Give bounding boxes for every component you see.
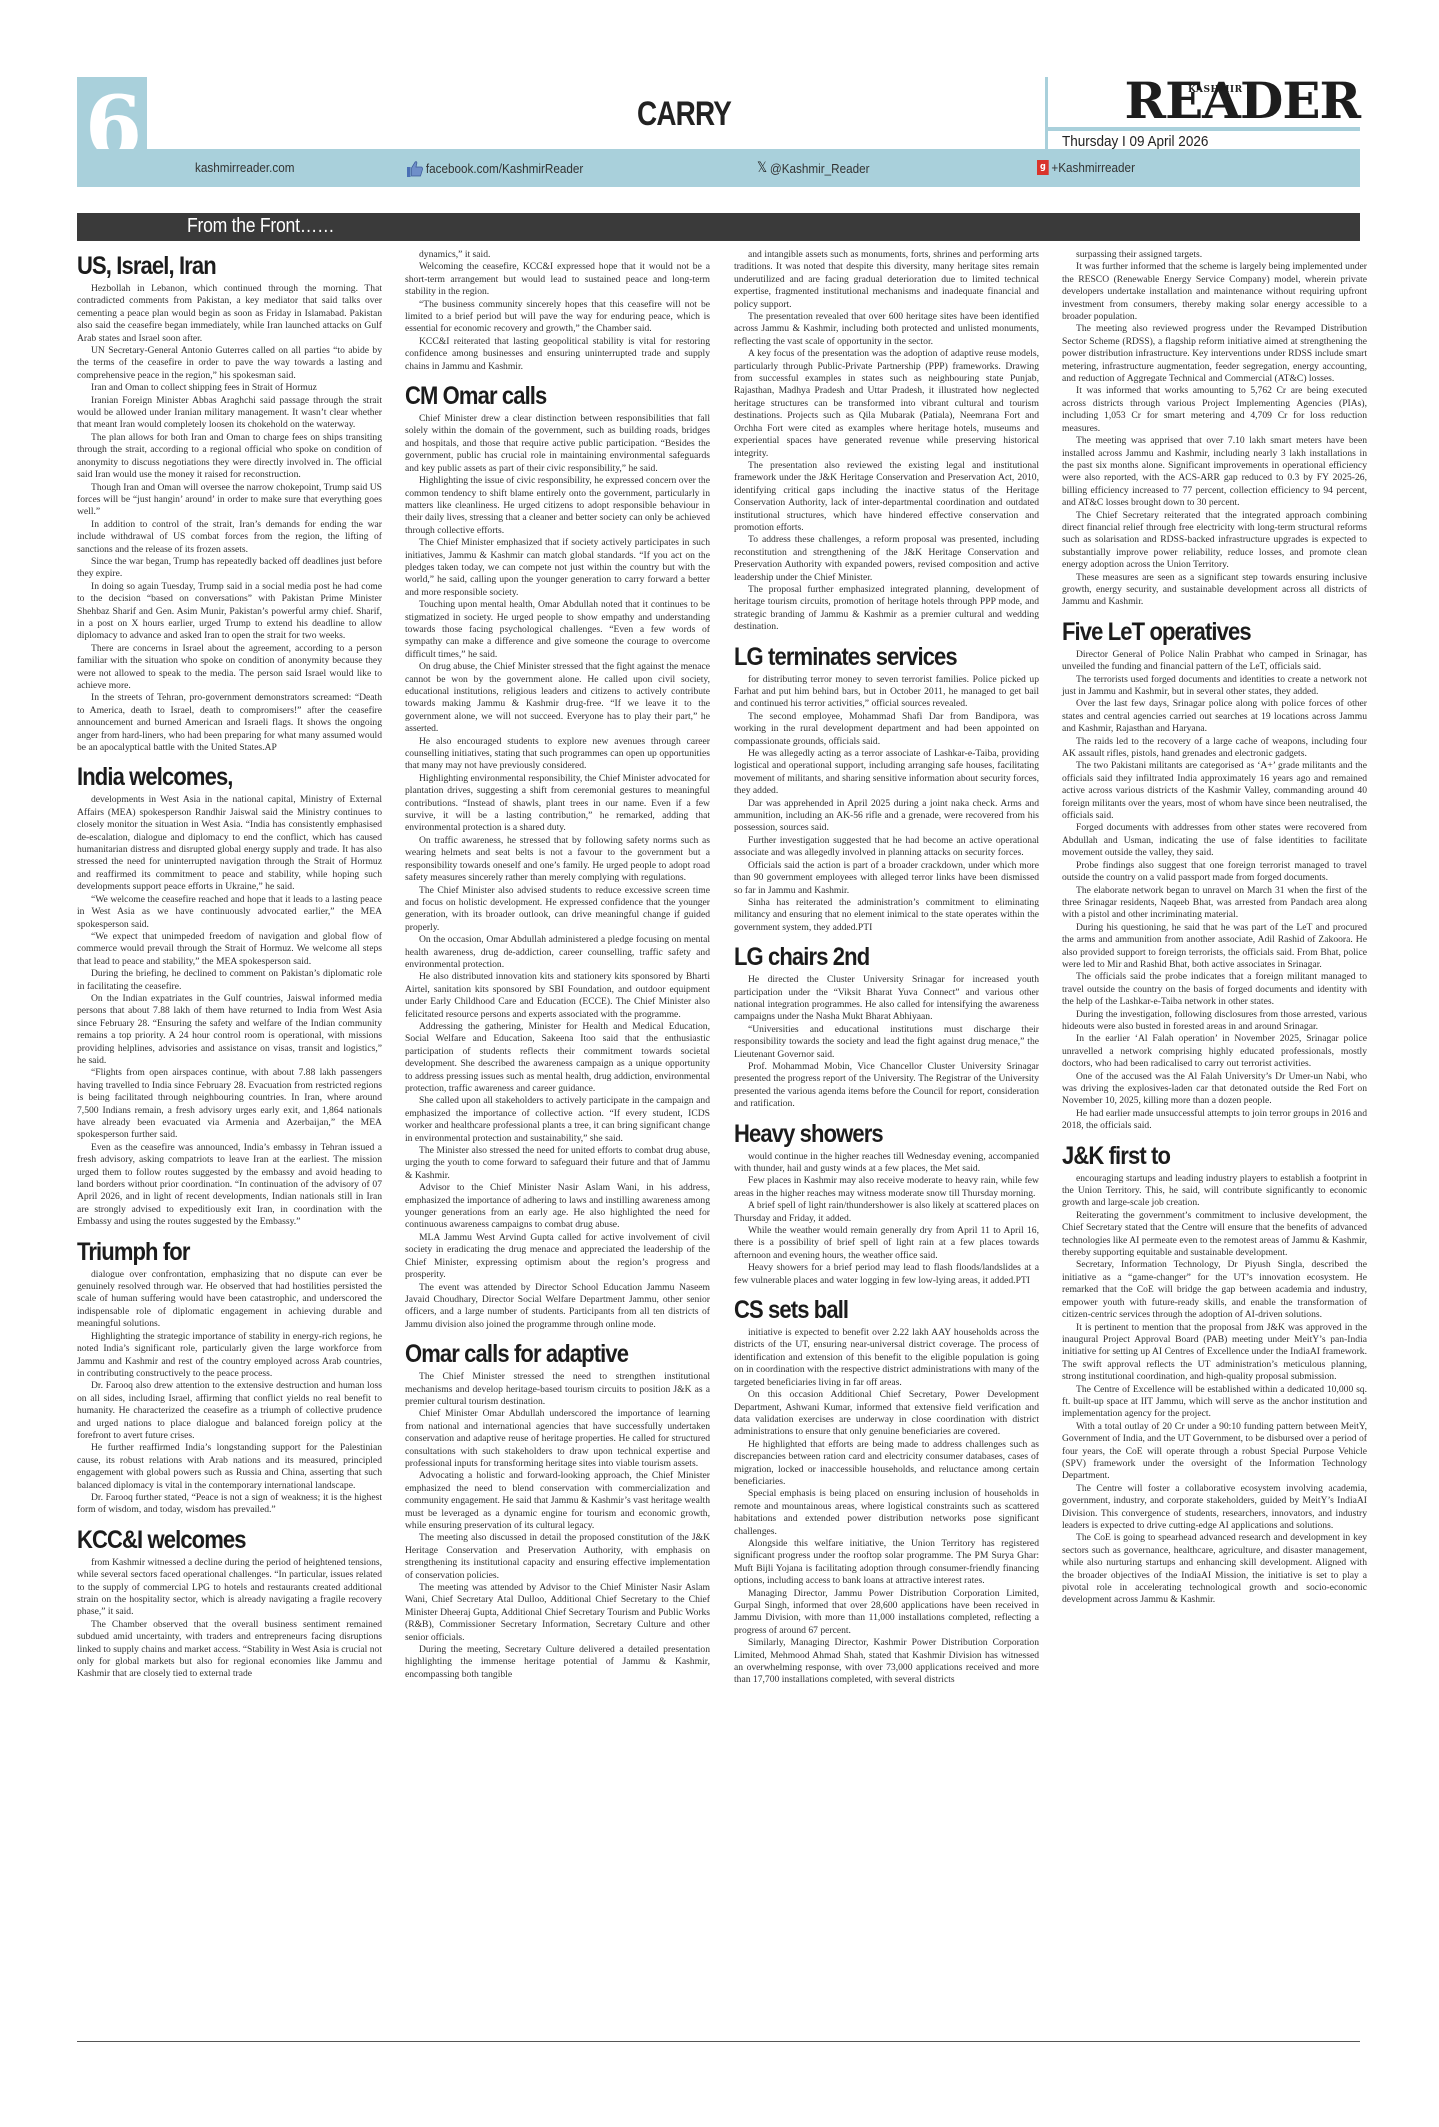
column-2: dynamics,” it said.Welcoming the ceasefi… <box>405 249 710 1681</box>
x-logo-icon: 𝕏 <box>757 160 767 176</box>
story-gap <box>77 1229 382 1235</box>
news-story: CM Omar callsChief Minister drew a clear… <box>405 373 710 1331</box>
facebook-link[interactable]: facebook.com/KashmirReader <box>407 160 583 177</box>
story-paragraph: The Chief Minister stressed the need to … <box>405 1371 710 1408</box>
story-paragraph: Since the war began, Trump has repeatedl… <box>77 556 382 581</box>
story-gap <box>77 754 382 760</box>
story-gap <box>734 934 1039 940</box>
facebook-label: facebook.com/KashmirReader <box>426 161 583 176</box>
story-paragraph: Forged documents with addresses from oth… <box>1062 822 1367 859</box>
story-headline[interactable]: KCC&I welcomes <box>77 1525 345 1555</box>
story-gap <box>1062 1133 1367 1139</box>
news-story: Omar calls for adaptiveThe Chief Ministe… <box>405 1331 710 1681</box>
story-paragraph: During the meeting, Secretary Culture de… <box>405 1644 710 1681</box>
column-3: and intangible assets such as monuments,… <box>734 249 1039 1687</box>
issue-date: Thursday I 09 April 2026 <box>1062 133 1208 150</box>
story-paragraph: Hezbollah in Lebanon, which continued th… <box>77 283 382 345</box>
story-gap <box>734 634 1039 640</box>
story-paragraph: He also distributed innovation kits and … <box>405 971 710 1021</box>
story-paragraph: encouraging startups and leading industr… <box>1062 1173 1367 1210</box>
story-paragraph: One of the accused was the Al Falah Univ… <box>1062 1071 1367 1108</box>
story-headline[interactable]: Triumph for <box>77 1237 345 1267</box>
story-headline[interactable]: CM Omar calls <box>405 381 673 411</box>
story-paragraph: “We welcome the ceasefire reached and ho… <box>77 894 382 931</box>
story-paragraph: from Kashmir witnessed a decline during … <box>77 1557 382 1619</box>
story-paragraph: The meeting was attended by Advisor to t… <box>405 1582 710 1644</box>
story-paragraph: It was informed that works amounting to … <box>1062 385 1367 435</box>
story-paragraph: On the Indian expatriates in the Gulf co… <box>77 993 382 1067</box>
story-paragraph: Prof. Mohammad Mobin, Vice Chancellor Cl… <box>734 1061 1039 1111</box>
story-paragraph: The meeting was apprised that over 7.10 … <box>1062 435 1367 509</box>
story-paragraph: A brief spell of light rain/thundershowe… <box>734 1200 1039 1225</box>
story-paragraph: On the occasion, Omar Abdullah administe… <box>405 934 710 971</box>
story-paragraph: He further reaffirmed India’s longstandi… <box>77 1442 382 1492</box>
story-paragraph: initiative is expected to benefit over 2… <box>734 1327 1039 1389</box>
story-paragraph: During the investigation, following disc… <box>1062 1009 1367 1034</box>
story-paragraph: Managing Director, Jammu Power Distribut… <box>734 1588 1039 1638</box>
story-paragraph: The presentation also reviewed the exist… <box>734 460 1039 534</box>
story-paragraph: KCC&I reiterated that lasting geopolitic… <box>405 336 710 373</box>
story-paragraph: Highlighting environmental responsibilit… <box>405 773 710 835</box>
story-paragraph: It was further informed that the scheme … <box>1062 261 1367 323</box>
story-paragraph: Director General of Police Nalin Prabhat… <box>1062 649 1367 674</box>
story-paragraph: The second employee, Mohammad Shafi Dar … <box>734 711 1039 748</box>
story-headline[interactable]: LG chairs 2nd <box>734 942 1002 972</box>
logo-kashmir-text: KASHMIR <box>1188 85 1243 95</box>
section-band: From the Front…… <box>77 213 1360 241</box>
story-paragraph: developments in West Asia in the nationa… <box>77 794 382 893</box>
story-paragraph: Welcoming the ceasefire, KCC&I expressed… <box>405 261 710 298</box>
story-paragraph: The Chamber observed that the overall bu… <box>77 1619 382 1681</box>
story-paragraph: The meeting also discussed in detail the… <box>405 1532 710 1582</box>
story-headline[interactable]: Heavy showers <box>734 1119 1002 1149</box>
story-paragraph: “The business community sincerely hopes … <box>405 299 710 336</box>
website-label: kashmirreader.com <box>195 160 294 175</box>
section-title: CARRY <box>637 95 731 134</box>
twitter-link[interactable]: 𝕏 @Kashmir_Reader <box>757 160 870 176</box>
story-headline[interactable]: India welcomes, <box>77 762 345 792</box>
story-paragraph: The terrorists used forged documents and… <box>1062 674 1367 699</box>
story-paragraph: and intangible assets such as monuments,… <box>734 249 1039 311</box>
logo-divider <box>1045 77 1048 149</box>
story-paragraph: The elaborate network began to unravel o… <box>1062 885 1367 922</box>
story-paragraph: These measures are seen as a significant… <box>1062 572 1367 609</box>
story-paragraph: Dr. Farooq further stated, “Peace is not… <box>77 1492 382 1517</box>
story-paragraph: Over the last few days, Srinagar police … <box>1062 698 1367 735</box>
story-paragraph: Advocating a holistic and forward-lookin… <box>405 1470 710 1532</box>
story-paragraph: The Centre of Excellence will be establi… <box>1062 1384 1367 1421</box>
news-story: and intangible assets such as monuments,… <box>734 249 1039 634</box>
story-paragraph: Alongside this welfare initiative, the U… <box>734 1538 1039 1588</box>
story-paragraph: Advisor to the Chief Minister Nasir Asla… <box>405 1182 710 1232</box>
story-paragraph: Officials said the action is part of a b… <box>734 860 1039 897</box>
bottom-rule <box>77 2041 1360 2042</box>
story-paragraph: UN Secretary-General Antonio Guterres ca… <box>77 345 382 382</box>
story-paragraph: Reiterating the government’s commitment … <box>1062 1210 1367 1260</box>
news-story: LG chairs 2ndHe directed the Cluster Uni… <box>734 934 1039 1110</box>
story-paragraph: Addressing the gathering, Minister for H… <box>405 1021 710 1095</box>
story-paragraph: The presentation revealed that over 600 … <box>734 311 1039 348</box>
facebook-like-icon <box>407 160 423 177</box>
story-paragraph: Chief Minister drew a clear distinction … <box>405 413 710 475</box>
googleplus-link[interactable]: g +Kashmirreader <box>1037 160 1135 175</box>
news-story: Heavy showerswould continue in the highe… <box>734 1111 1039 1287</box>
story-headline[interactable]: LG terminates services <box>734 642 1002 672</box>
story-paragraph: There are concerns in Israel about the a… <box>77 643 382 693</box>
story-paragraph: He also encouraged students to explore n… <box>405 736 710 773</box>
story-paragraph: Though Iran and Oman will oversee the na… <box>77 482 382 519</box>
story-paragraph: The Minister also stressed the need for … <box>405 1145 710 1182</box>
story-paragraph: On traffic awareness, he stressed that b… <box>405 835 710 885</box>
news-story: Five LeT operativesDirector General of P… <box>1062 609 1367 1133</box>
story-paragraph: During his questioning, he said that he … <box>1062 922 1367 972</box>
story-paragraph: Touching upon mental health, Omar Abdull… <box>405 599 710 661</box>
story-paragraph: He had earlier made unsuccessful attempt… <box>1062 1108 1367 1133</box>
story-paragraph: The Chief Minister also advised students… <box>405 885 710 935</box>
story-paragraph: It is pertinent to mention that the prop… <box>1062 1322 1367 1384</box>
story-paragraph: Sinha has reiterated the administration’… <box>734 897 1039 934</box>
news-story: dynamics,” it said.Welcoming the ceasefi… <box>405 249 710 373</box>
story-gap <box>405 373 710 379</box>
story-paragraph: Few places in Kashmir may also receive m… <box>734 1175 1039 1200</box>
story-paragraph: The Chief Minister emphasized that if so… <box>405 537 710 599</box>
column-4: surpassing their assigned targets.It was… <box>1062 249 1367 1607</box>
story-paragraph: Even as the ceasefire was announced, Ind… <box>77 1142 382 1229</box>
story-paragraph: The Centre will foster a collaborative e… <box>1062 1483 1367 1533</box>
story-headline[interactable]: Five LeT operatives <box>1062 617 1330 647</box>
story-paragraph: for distributing terror money to seven t… <box>734 674 1039 711</box>
news-story: J&K first toencouraging startups and lea… <box>1062 1133 1367 1607</box>
googleplus-label: +Kashmirreader <box>1051 160 1135 175</box>
story-paragraph: The CoE is going to spearhead advanced r… <box>1062 1532 1367 1606</box>
news-story: CS sets ballinitiative is expected to be… <box>734 1287 1039 1687</box>
masthead: 6 CARRY READER KASHMIR Thursday I 09 Apr… <box>77 77 1360 187</box>
story-gap <box>77 1517 382 1523</box>
story-paragraph: On this occasion Additional Chief Secret… <box>734 1389 1039 1439</box>
story-paragraph: During the briefing, he declined to comm… <box>77 968 382 993</box>
story-paragraph: would continue in the higher reaches til… <box>734 1151 1039 1176</box>
story-paragraph: On drug abuse, the Chief Minister stress… <box>405 661 710 735</box>
story-gap <box>734 1111 1039 1117</box>
kashmir-reader-logo[interactable]: READER KASHMIR <box>1142 79 1360 127</box>
story-paragraph: Dar was apprehended in April 2025 during… <box>734 798 1039 835</box>
story-paragraph: Chief Minister Omar Abdullah underscored… <box>405 1408 710 1470</box>
story-paragraph: He highlighted that efforts are being ma… <box>734 1439 1039 1489</box>
logo-reader-text: READER <box>1125 73 1360 129</box>
story-headline[interactable]: US, Israel, Iran <box>77 251 345 281</box>
story-paragraph: Further investigation suggested that he … <box>734 835 1039 860</box>
story-gap <box>1062 609 1367 615</box>
story-paragraph: Similarly, Managing Director, Kashmir Po… <box>734 1637 1039 1687</box>
story-paragraph: In addition to control of the strait, Ir… <box>77 519 382 556</box>
news-story: KCC&I welcomesfrom Kashmir witnessed a d… <box>77 1517 382 1681</box>
story-gap <box>405 1331 710 1337</box>
story-paragraph: “We expect that unimpeded freedom of nav… <box>77 931 382 968</box>
story-paragraph: Highlighting the strategic importance of… <box>77 1331 382 1381</box>
story-paragraph: A key focus of the presentation was the … <box>734 348 1039 460</box>
story-paragraph: “Flights from open airspaces continue, w… <box>77 1067 382 1141</box>
story-paragraph: Heavy showers for a brief period may lea… <box>734 1262 1039 1287</box>
news-story: LG terminates servicesfor distributing t… <box>734 634 1039 935</box>
story-paragraph: The meeting also reviewed progress under… <box>1062 323 1367 385</box>
story-paragraph: Iranian Foreign Minister Abbas Araghchi … <box>77 395 382 432</box>
twitter-label: @Kashmir_Reader <box>770 161 870 176</box>
story-paragraph: The event was attended by Director Schoo… <box>405 1282 710 1332</box>
website-link[interactable]: kashmirreader.com <box>195 160 294 175</box>
story-paragraph: Probe findings also suggest that one for… <box>1062 860 1367 885</box>
news-story: Triumph fordialogue over confrontation, … <box>77 1229 382 1517</box>
news-story: US, Israel, IranHezbollah in Lebanon, wh… <box>77 251 382 754</box>
news-story: India welcomes,developments in West Asia… <box>77 754 382 1228</box>
story-paragraph: He was allegedly acting as a terror asso… <box>734 748 1039 798</box>
story-headline[interactable]: Omar calls for adaptive <box>405 1339 673 1369</box>
story-paragraph: The plan allows for both Iran and Oman t… <box>77 432 382 482</box>
story-paragraph: The proposal further emphasized integrat… <box>734 584 1039 634</box>
story-paragraph: Secretary, Information Technology, Dr Pi… <box>1062 1259 1367 1321</box>
story-gap <box>734 1287 1039 1293</box>
story-paragraph: In the earlier ‘Al Falah operation’ in N… <box>1062 1033 1367 1070</box>
google-plus-icon: g <box>1037 160 1049 175</box>
story-paragraph: “Universities and educational institutio… <box>734 1024 1039 1061</box>
story-paragraph: The raids led to the recovery of a large… <box>1062 736 1367 761</box>
story-paragraph: Special emphasis is being placed on ensu… <box>734 1488 1039 1538</box>
story-paragraph: In doing so again Tuesday, Trump said in… <box>77 581 382 643</box>
story-paragraph: With a total outlay of 20 Cr under a 90:… <box>1062 1421 1367 1483</box>
story-paragraph: The two Pakistani militants are categori… <box>1062 760 1367 822</box>
story-headline[interactable]: CS sets ball <box>734 1295 1002 1325</box>
story-paragraph: MLA Jammu West Arvind Gupta called for a… <box>405 1232 710 1282</box>
story-paragraph: dynamics,” it said. <box>405 249 710 261</box>
story-headline[interactable]: J&K first to <box>1062 1141 1330 1171</box>
story-paragraph: Highlighting the issue of civic responsi… <box>405 475 710 537</box>
story-paragraph: While the weather would remain generally… <box>734 1225 1039 1262</box>
from-the-front-label: From the Front…… <box>187 215 334 238</box>
story-paragraph: He directed the Cluster University Srina… <box>734 974 1039 1024</box>
story-paragraph: surpassing their assigned targets. <box>1062 249 1367 261</box>
story-paragraph: In the streets of Tehran, pro-government… <box>77 692 382 754</box>
story-paragraph: dialogue over confrontation, emphasizing… <box>77 1269 382 1331</box>
story-paragraph: Iran and Oman to collect shipping fees i… <box>77 382 382 394</box>
story-paragraph: Dr. Farooq also drew attention to the ex… <box>77 1380 382 1442</box>
column-1: US, Israel, IranHezbollah in Lebanon, wh… <box>77 249 382 1681</box>
news-story: surpassing their assigned targets.It was… <box>1062 249 1367 609</box>
story-paragraph: The officials said the probe indicates t… <box>1062 971 1367 1008</box>
story-paragraph: She called upon all stakeholders to acti… <box>405 1095 710 1145</box>
story-paragraph: The Chief Secretary reiterated that the … <box>1062 510 1367 572</box>
story-paragraph: To address these challenges, a reform pr… <box>734 534 1039 584</box>
